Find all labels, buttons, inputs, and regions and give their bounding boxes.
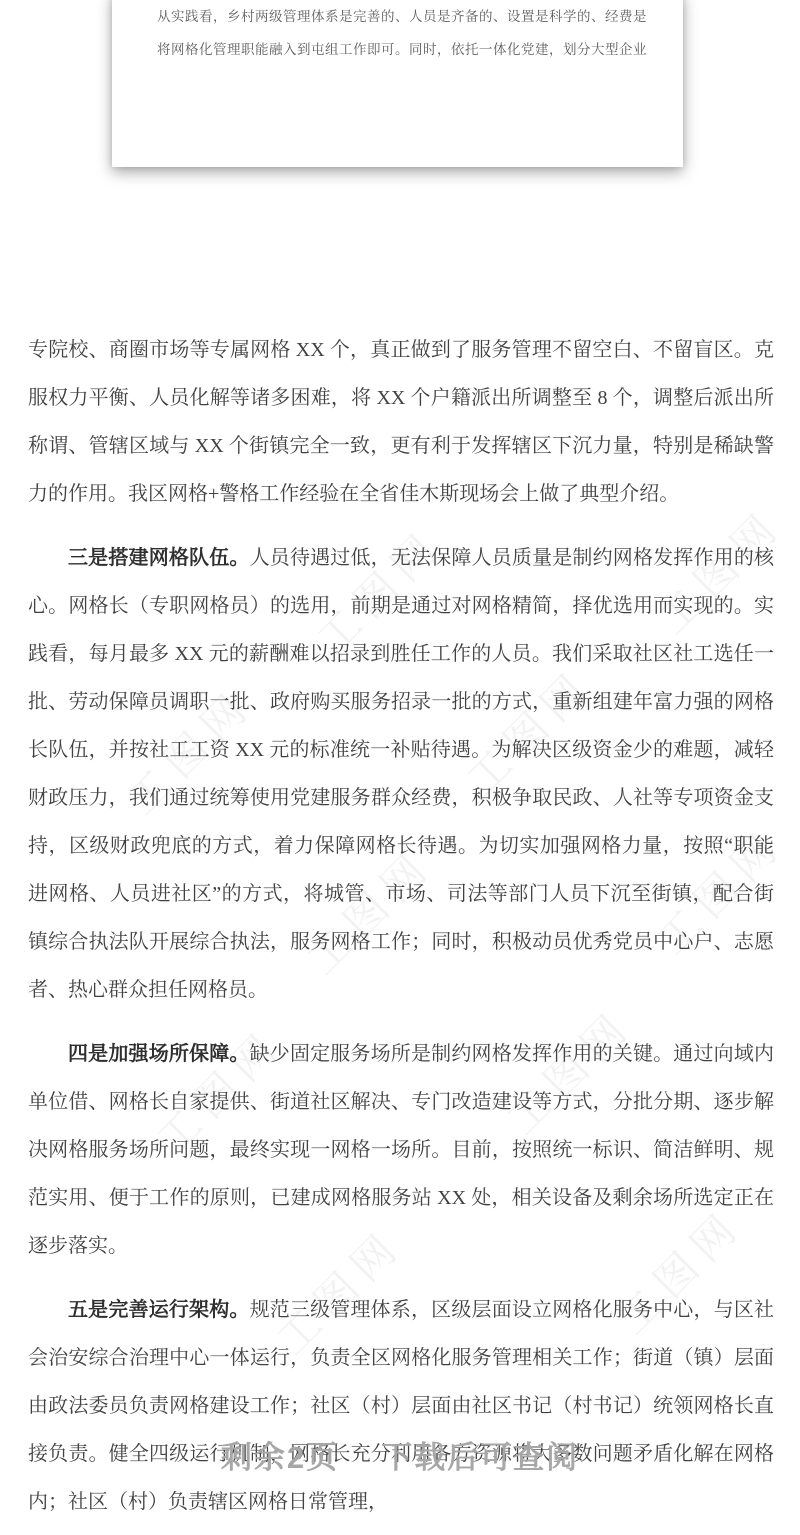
document-body: 专院校、商圈市场等专属网格 XX 个，真正做到了服务管理不留空白、不留盲区。克服… bbox=[28, 326, 774, 1535]
previous-page-text-line: 从实践看，乡村两级管理体系是完善的、人员是齐备的、设置是科学的、经费是充足的，只… bbox=[157, 8, 647, 26]
paragraph: 三是搭建网格队伍。人员待遇过低，无法保障人员质量是制约网格发挥作用的核心。网格长… bbox=[28, 534, 774, 1014]
paragraph-text: 人员待遇过低，无法保障人员质量是制约网格发挥作用的核心。网格长（专职网格员）的选… bbox=[28, 547, 774, 1001]
previous-page-text-line: 将网格化管理职能融入到屯组工作即可。同时，依托一体化党建，划分大型企业、开发区、… bbox=[157, 41, 647, 59]
paragraph-text: 规范三级管理体系，区级层面设立网格化服务中心，与区社会治安综合治理中心一体运行，… bbox=[28, 1299, 774, 1513]
paragraph-text: 专院校、商圈市场等专属网格 XX 个，真正做到了服务管理不留空白、不留盲区。克服… bbox=[28, 339, 774, 505]
paragraph-lead: 五是完善运行架构。 bbox=[68, 1299, 250, 1321]
paragraph: 五是完善运行架构。规范三级管理体系，区级层面设立网格化服务中心，与区社会治安综合… bbox=[28, 1286, 774, 1526]
paragraph-lead: 三是搭建网格队伍。 bbox=[68, 547, 250, 569]
previous-page-preview: 从实践看，乡村两级管理体系是完善的、人员是齐备的、设置是科学的、经费是充足的，只… bbox=[112, 0, 683, 167]
preview-footer: 剩余2页下载后可查阅 bbox=[0, 1432, 800, 1477]
paragraph: 专院校、商圈市场等专属网格 XX 个，真正做到了服务管理不留空白、不留盲区。克服… bbox=[28, 326, 774, 518]
download-hint-label: 下载后可查阅 bbox=[381, 1440, 579, 1475]
paragraph-text: 缺少固定服务场所是制约网格发挥作用的关键。通过向域内单位借、网格长自家提供、街道… bbox=[28, 1043, 774, 1257]
paragraph: 四是加强场所保障。缺少固定服务场所是制约网格发挥作用的关键。通过向域内单位借、网… bbox=[28, 1030, 774, 1270]
remaining-pages-label: 剩余2页 bbox=[221, 1440, 339, 1475]
paragraph-lead: 四是加强场所保障。 bbox=[68, 1043, 250, 1065]
